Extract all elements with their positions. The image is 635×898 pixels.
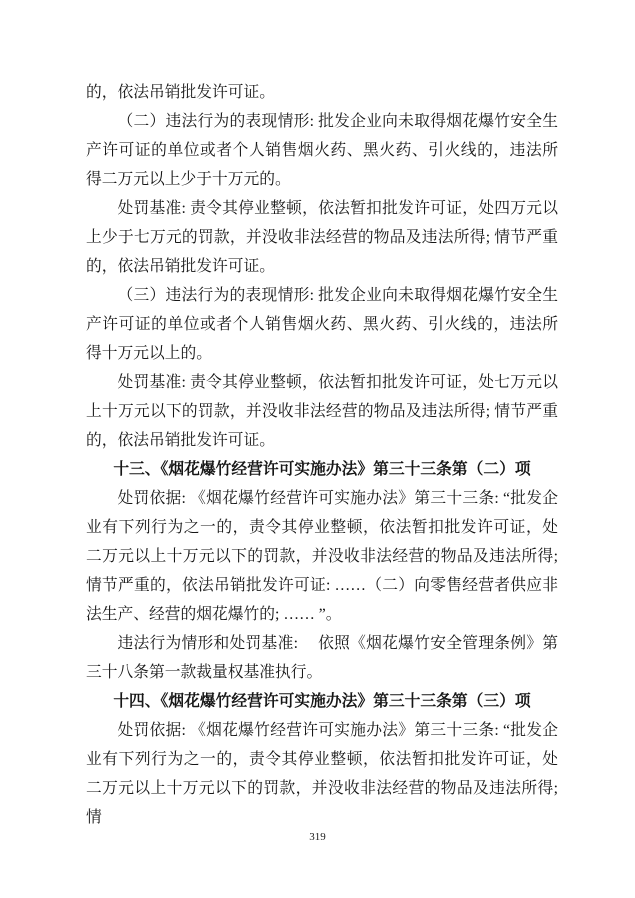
paragraph: （二）违法行为的表现情形: 批发企业向未取得烟花爆竹安全生产许可证的单位或者个人… xyxy=(86,107,558,194)
paragraph: 处罚基准: 责令其停业整顿，依法暂扣批发许可证，处四万元以上少于七万元的罚款，并… xyxy=(86,194,558,281)
paragraph: 处罚依据: 《烟花爆竹经营许可实施办法》第三十三条: “批发企业有下列行为之一的… xyxy=(86,716,558,832)
section-heading: 十三、《烟花爆竹经营许可实施办法》第三十三条第（二）项 xyxy=(86,455,558,484)
page-number: 319 xyxy=(0,830,635,844)
paragraph: 的，依法吊销批发许可证。 xyxy=(86,78,558,107)
paragraph: 处罚依据: 《烟花爆竹经营许可实施办法》第三十三条: “批发企业有下列行为之一的… xyxy=(86,484,558,629)
paragraph: 违法行为情形和处罚基准: 依照《烟花爆竹安全管理条例》第三十八条第一款裁量权基准… xyxy=(86,629,558,687)
section-heading: 十四、《烟花爆竹经营许可实施办法》第三十三条第（三）项 xyxy=(86,687,558,716)
document-page: 的，依法吊销批发许可证。（二）违法行为的表现情形: 批发企业向未取得烟花爆竹安全… xyxy=(0,0,635,898)
document-body: 的，依法吊销批发许可证。（二）违法行为的表现情形: 批发企业向未取得烟花爆竹安全… xyxy=(86,78,558,832)
paragraph: 处罚基准: 责令其停业整顿，依法暂扣批发许可证，处七万元以上十万元以下的罚款，并… xyxy=(86,368,558,455)
paragraph: （三）违法行为的表现情形: 批发企业向未取得烟花爆竹安全生产许可证的单位或者个人… xyxy=(86,281,558,368)
